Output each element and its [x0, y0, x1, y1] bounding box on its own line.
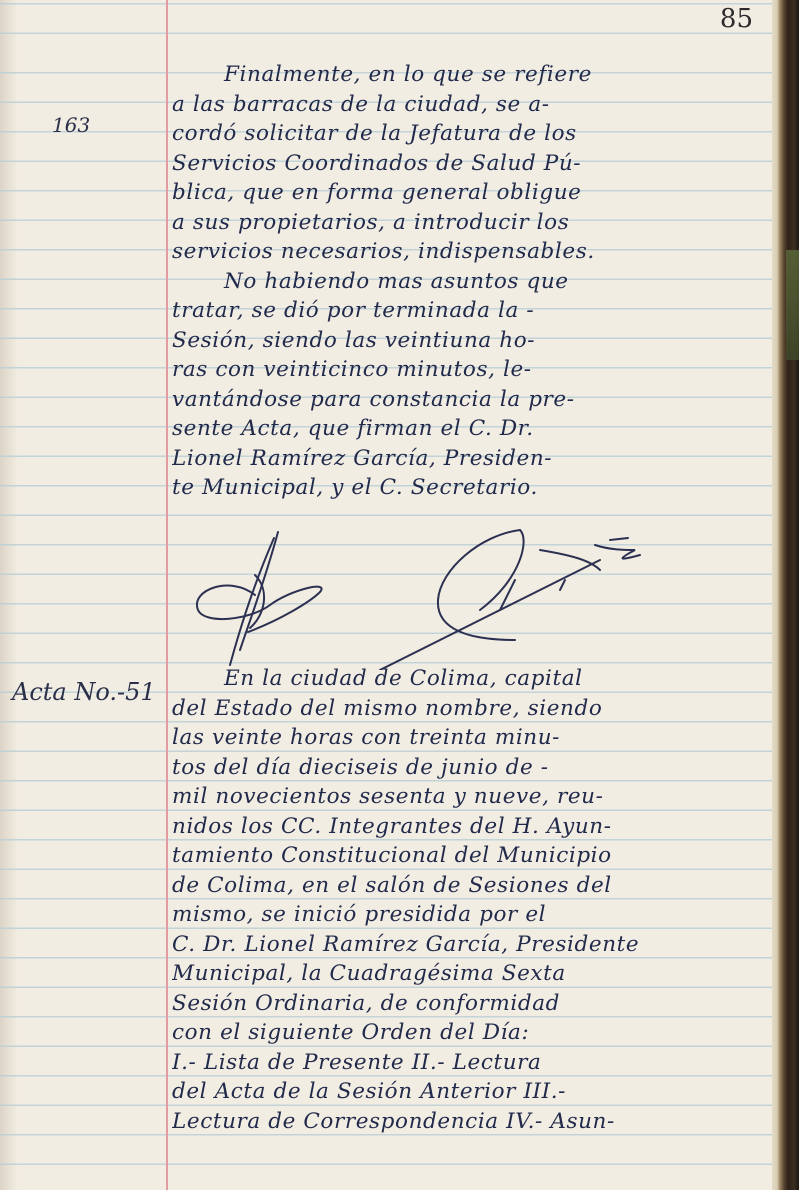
handwritten-line: a las barracas de la ciudad, se a- [172, 90, 772, 120]
handwritten-line: Lectura de Correspondencia IV.- Asun- [172, 1107, 772, 1137]
handwritten-line: tratar, se dió por terminada la - [172, 296, 772, 326]
handwritten-line: Lionel Ramírez García, Presiden- [172, 444, 772, 474]
handwritten-line: cordó solicitar de la Jefatura de los [172, 119, 772, 149]
signatures-svg [170, 520, 770, 670]
acta-51-text: En la ciudad de Colima, capital del Esta… [172, 664, 772, 1136]
handwritten-line: las veinte horas con treinta minu- [172, 723, 772, 753]
handwritten-line: I.- Lista de Presente II.- Lectura [172, 1048, 772, 1078]
handwritten-line: Servicios Coordinados de Salud Pú- [172, 149, 772, 179]
handwritten-line: a sus propietarios, a introducir los [172, 208, 772, 238]
book-binding-edge [772, 0, 799, 1190]
book-edge-background [786, 250, 799, 360]
red-margin-line [166, 0, 168, 1190]
handwritten-line: Sesión, siendo las veintiuna ho- [172, 326, 772, 356]
handwritten-line: Finalmente, en lo que se refiere [172, 60, 772, 90]
handwritten-line: No habiendo mas asuntos que [172, 267, 772, 297]
handwritten-line: Sesión Ordinaria, de conformidad [172, 989, 772, 1019]
handwritten-line: tamiento Constitucional del Municipio [172, 841, 772, 871]
handwritten-line: En la ciudad de Colima, capital [172, 664, 772, 694]
margin-note-entry-number: 163 [52, 113, 90, 137]
handwritten-line: con el siguiente Orden del Día: [172, 1018, 772, 1048]
entry-163-text: Finalmente, en lo que se refiere a las b… [172, 60, 772, 503]
handwritten-line: vantándose para constancia la pre- [172, 385, 772, 415]
page-number: 85 [720, 4, 753, 34]
handwritten-line: Municipal, la Cuadragésima Sexta [172, 959, 772, 989]
signature-secretario [380, 530, 640, 670]
handwritten-line: C. Dr. Lionel Ramírez García, Presidente [172, 930, 772, 960]
handwritten-line: tos del día dieciseis de junio de - [172, 753, 772, 783]
signatures-area [170, 520, 770, 670]
margin-note-acta-number: Acta No.-51 [12, 678, 156, 706]
handwritten-line: te Municipal, y el C. Secretario. [172, 473, 772, 503]
handwritten-line: del Acta de la Sesión Anterior III.- [172, 1077, 772, 1107]
handwritten-line: mil novecientos sesenta y nueve, reu- [172, 782, 772, 812]
handwritten-line: mismo, se inició presidida por el [172, 900, 772, 930]
handwritten-line: servicios necesarios, indispensables. [172, 237, 772, 267]
handwritten-line: de Colima, en el salón de Sesiones del [172, 871, 772, 901]
handwritten-line: sente Acta, que firman el C. Dr. [172, 414, 772, 444]
handwritten-line: blica, que en forma general obligue [172, 178, 772, 208]
signature-presidente [197, 532, 322, 665]
handwritten-line: del Estado del mismo nombre, siendo [172, 694, 772, 724]
handwritten-line: nidos los CC. Integrantes del H. Ayun- [172, 812, 772, 842]
handwritten-line: ras con veinticinco minutos, le- [172, 355, 772, 385]
